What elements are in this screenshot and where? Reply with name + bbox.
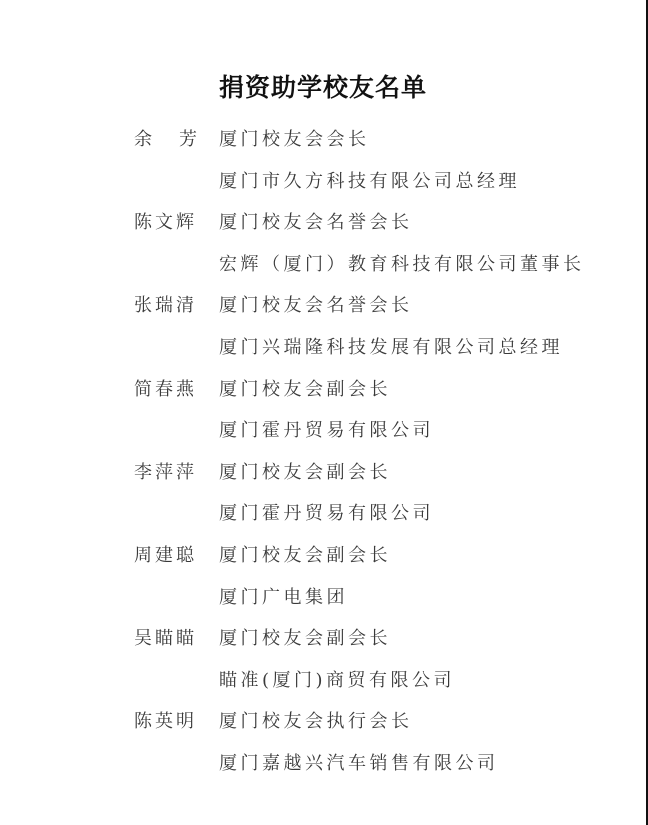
donor-list: 余芳 厦门校友会会长 厦门市久方科技有限公司总经理 陈文辉 厦门校友会名誉会长 … (0, 127, 646, 793)
donor-title: 厦门校友会执行会长 (219, 709, 413, 735)
donor-company: 厦门广电集团 (219, 585, 348, 611)
donor-title: 厦门校友会副会长 (219, 460, 391, 486)
donor-name: 陈英明 (134, 709, 197, 735)
donor-entry-title-line: 简春燕 厦门校友会副会长 (0, 377, 646, 419)
donor-name: 周建聪 (134, 543, 197, 569)
donor-name: 简春燕 (134, 377, 197, 403)
donor-entry-title-line: 陈英明 厦门校友会执行会长 (0, 709, 646, 751)
donor-company: 厦门兴瑞隆科技发展有限公司总经理 (219, 335, 563, 361)
donor-title: 厦门校友会副会长 (219, 377, 391, 403)
donor-company: 厦门霍丹贸易有限公司 (219, 501, 434, 527)
donor-name-char: 芳 (179, 129, 197, 150)
donor-entry-company-line: 厦门市久方科技有限公司总经理 (0, 169, 646, 211)
donor-entry-company-line: 厦门霍丹贸易有限公司 (0, 501, 646, 543)
donor-entry-title-line: 李萍萍 厦门校友会副会长 (0, 460, 646, 502)
donor-title: 厦门校友会名誉会长 (219, 210, 413, 236)
donor-entry-company-line: 厦门霍丹贸易有限公司 (0, 418, 646, 460)
donor-name: 张瑞清 (134, 293, 197, 319)
donor-company: 厦门嘉越兴汽车销售有限公司 (219, 751, 499, 777)
document-page: 捐资助学校友名单 余芳 厦门校友会会长 厦门市久方科技有限公司总经理 陈文辉 厦… (0, 0, 648, 825)
donor-title: 厦门校友会副会长 (219, 543, 391, 569)
donor-company: 厦门市久方科技有限公司总经理 (219, 169, 520, 195)
donor-company: 瞄准(厦门)商贸有限公司 (219, 668, 455, 694)
donor-name: 李萍萍 (134, 460, 197, 486)
donor-title: 厦门校友会名誉会长 (219, 293, 413, 319)
donor-entry-title-line: 陈文辉 厦门校友会名誉会长 (0, 210, 646, 252)
donor-entry-title-line: 余芳 厦门校友会会长 (0, 127, 646, 169)
donor-title: 厦门校友会会长 (219, 127, 370, 153)
donor-entry-company-line: 厦门广电集团 (0, 585, 646, 627)
donor-entry-company-line: 瞄准(厦门)商贸有限公司 (0, 668, 646, 710)
donor-entry-title-line: 周建聪 厦门校友会副会长 (0, 543, 646, 585)
donor-name: 陈文辉 (134, 210, 197, 236)
donor-entry-company-line: 宏辉（厦门）教育科技有限公司董事长 (0, 252, 646, 294)
donor-entry-title-line: 张瑞清 厦门校友会名誉会长 (0, 293, 646, 335)
donor-name: 吴瞄瞄 (134, 626, 197, 652)
donor-title: 厦门校友会副会长 (219, 626, 391, 652)
donor-entry-company-line: 厦门兴瑞隆科技发展有限公司总经理 (0, 335, 646, 377)
donor-entry-company-line: 厦门嘉越兴汽车销售有限公司 (0, 751, 646, 793)
donor-name: 余芳 (134, 127, 197, 153)
document-title: 捐资助学校友名单 (0, 70, 646, 106)
donor-company: 宏辉（厦门）教育科技有限公司董事长 (219, 252, 585, 278)
donor-entry-title-line: 吴瞄瞄 厦门校友会副会长 (0, 626, 646, 668)
donor-company: 厦门霍丹贸易有限公司 (219, 418, 434, 444)
donor-name-char: 余 (134, 129, 152, 150)
